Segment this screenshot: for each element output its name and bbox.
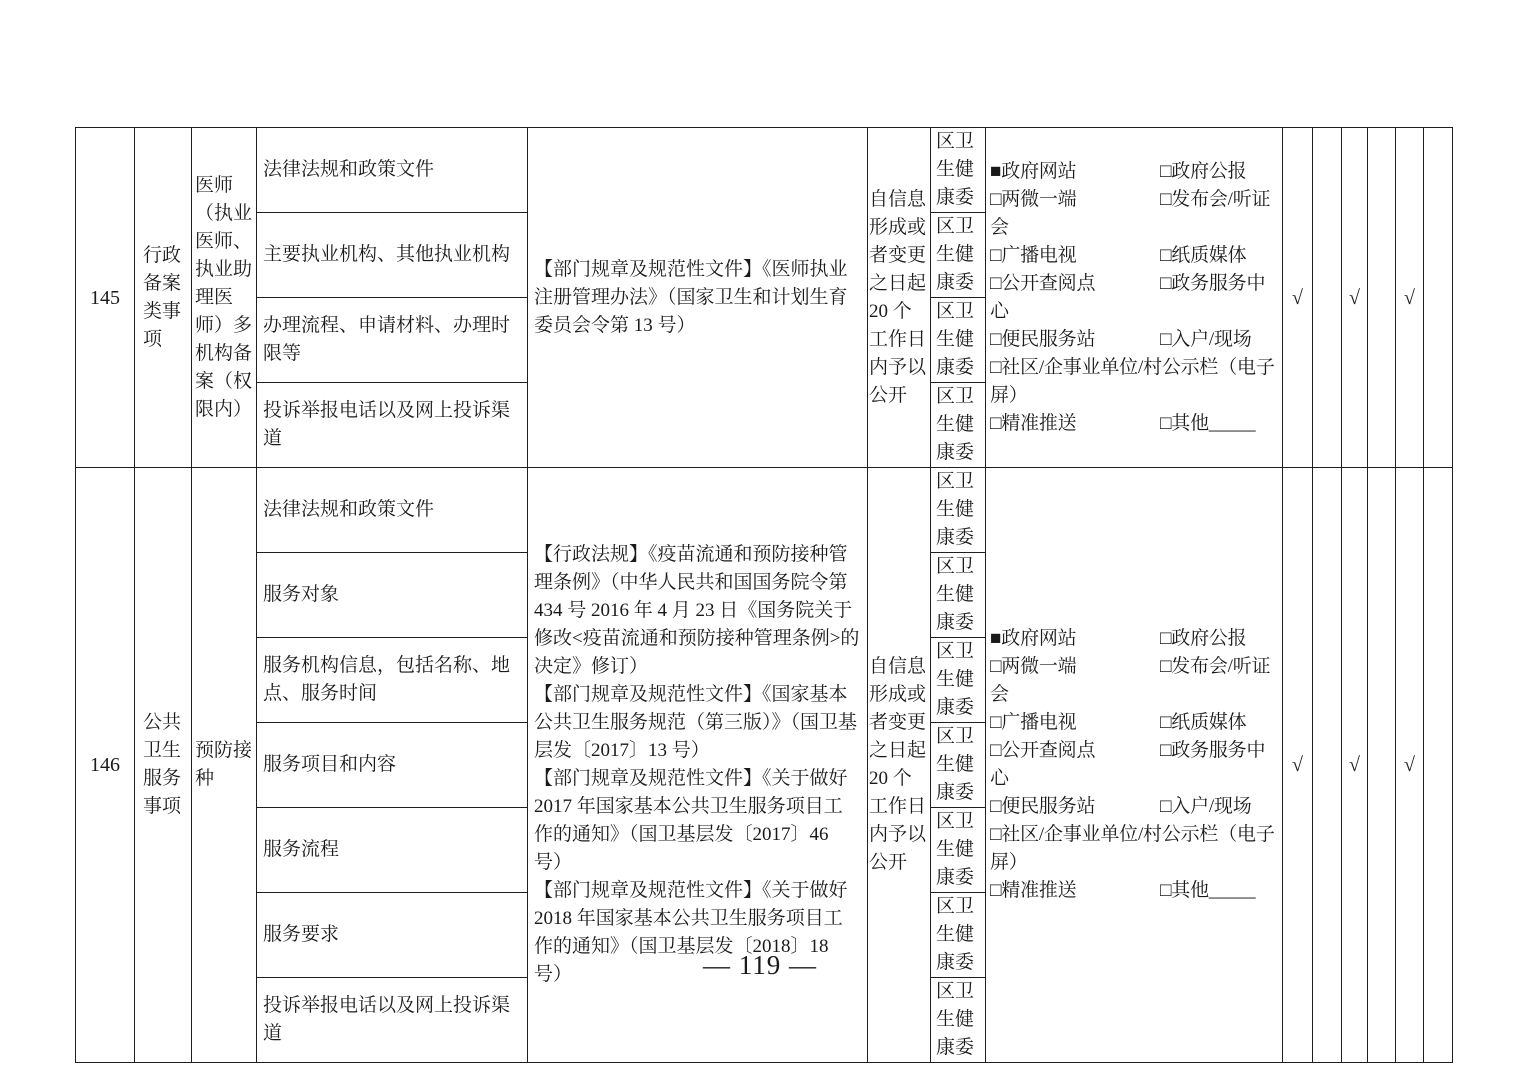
item-name-cell: 医师（执业医师、执业助理医师）多机构备案（权限内） xyxy=(192,128,257,468)
content-cell: 办理流程、申请材料、办理时限等 xyxy=(257,298,528,383)
dept-cell: 区卫生健康委 xyxy=(931,383,986,468)
channel-option: ■政府网站 xyxy=(990,625,1160,653)
channel-option: □精准推送 xyxy=(990,410,1160,438)
channel-option: □公开查阅点 xyxy=(990,270,1160,298)
document-page: 145行政备案类事项医师（执业医师、执业助理医师）多机构备案（权限内）法律法规和… xyxy=(0,0,1520,1074)
content-cell: 投诉举报电话以及网上投诉渠道 xyxy=(257,383,528,468)
channel-option: □精准推送 xyxy=(990,877,1160,905)
channel-line: □公开查阅点□政务服务中 xyxy=(990,270,1278,298)
channel-line: ■政府网站□政府公报 xyxy=(990,625,1278,653)
content-cell: 服务机构信息，包括名称、地点、服务时间 xyxy=(257,638,528,723)
channel-option: □发布会/听证 xyxy=(1160,653,1278,681)
channel-line: □两微一端□发布会/听证 xyxy=(990,186,1278,214)
dept-cell: 区卫生健康委 xyxy=(931,638,986,723)
channel-option: □发布会/听证 xyxy=(1160,186,1278,214)
dept-cell: 区卫生健康委 xyxy=(931,808,986,893)
dept-cell: 区卫生健康委 xyxy=(931,213,986,298)
check-mark-cell: √ xyxy=(1396,128,1424,468)
dept-cell: 区卫生健康委 xyxy=(931,468,986,553)
channel-option: 心 xyxy=(990,298,1278,326)
channel-option: □政务服务中 xyxy=(1160,270,1278,298)
content-cell: 投诉举报电话以及网上投诉渠道 xyxy=(257,978,528,1063)
check-mark-cell xyxy=(1368,128,1396,468)
channel-line: □精准推送□其他_____ xyxy=(990,410,1278,438)
content-cell: 服务对象 xyxy=(257,553,528,638)
legal-basis-paragraph: 【部门规章及规范性文件】《国家基本公共卫生服务规范（第三版）》（国卫基层发〔20… xyxy=(534,681,861,765)
channels-cell: ■政府网站□政府公报□两微一端□发布会/听证会□广播电视□纸质媒体□公开查阅点□… xyxy=(986,128,1283,468)
channel-line: 会 xyxy=(990,214,1278,242)
channel-line: □社区/企事业单位/村公示栏（电子 xyxy=(990,354,1278,382)
channel-line: □广播电视□纸质媒体 xyxy=(990,709,1278,737)
dept-cell: 区卫生健康委 xyxy=(931,128,986,213)
seq-cell: 145 xyxy=(76,128,135,468)
channel-option: 屏） xyxy=(990,382,1278,410)
channel-option: □社区/企事业单位/村公示栏（电子 xyxy=(990,354,1278,382)
channel-option: □两微一端 xyxy=(990,653,1160,681)
legal-basis-paragraph: 【部门规章及规范性文件】《关于做好 2017 年国家基本公共卫生服务项目工作的通… xyxy=(534,765,861,877)
matrix-table: 145行政备案类事项医师（执业医师、执业助理医师）多机构备案（权限内）法律法规和… xyxy=(75,127,1453,1063)
content-cell: 服务流程 xyxy=(257,808,528,893)
channel-line: □两微一端□发布会/听证 xyxy=(990,653,1278,681)
channel-option: ■政府网站 xyxy=(990,158,1160,186)
content-cell: 法律法规和政策文件 xyxy=(257,128,528,213)
content-cell: 主要执业机构、其他执业机构 xyxy=(257,213,528,298)
page-number: — 119 — xyxy=(0,950,1520,981)
table-wrap: 145行政备案类事项医师（执业医师、执业助理医师）多机构备案（权限内）法律法规和… xyxy=(75,127,1453,1063)
table-row: 146公共卫生服务事项预防接种法律法规和政策文件【行政法规】《疫苗流通和预防接种… xyxy=(76,468,1453,553)
channel-line: □便民服务站□入户/现场 xyxy=(990,793,1278,821)
channel-option: 屏） xyxy=(990,849,1278,877)
legal-basis-paragraph: 【部门规章及规范性文件】《医师执业注册管理办法》（国家卫生和计划生育委员会令第 … xyxy=(534,256,861,340)
channel-option: □广播电视 xyxy=(990,242,1160,270)
channel-option: 心 xyxy=(990,765,1278,793)
channel-line: 屏） xyxy=(990,849,1278,877)
channel-line: □广播电视□纸质媒体 xyxy=(990,242,1278,270)
channel-line: 心 xyxy=(990,765,1278,793)
check-mark-cell xyxy=(1313,128,1342,468)
category-cell: 行政备案类事项 xyxy=(135,128,192,468)
dept-cell: 区卫生健康委 xyxy=(931,298,986,383)
channel-option: □社区/企事业单位/村公示栏（电子 xyxy=(990,821,1278,849)
channel-line: □便民服务站□入户/现场 xyxy=(990,326,1278,354)
check-mark-cell: √ xyxy=(1342,128,1368,468)
channel-option: □政府公报 xyxy=(1160,625,1278,653)
dept-cell: 区卫生健康委 xyxy=(931,978,986,1063)
channel-line: □公开查阅点□政务服务中 xyxy=(990,737,1278,765)
channel-line: □社区/企事业单位/村公示栏（电子 xyxy=(990,821,1278,849)
channel-line: ■政府网站□政府公报 xyxy=(990,158,1278,186)
channel-option: □便民服务站 xyxy=(990,326,1160,354)
check-mark-cell xyxy=(1424,128,1453,468)
dept-cell: 区卫生健康委 xyxy=(931,553,986,638)
channel-option: □政府公报 xyxy=(1160,158,1278,186)
table-row: 145行政备案类事项医师（执业医师、执业助理医师）多机构备案（权限内）法律法规和… xyxy=(76,128,1453,213)
dept-cell: 区卫生健康委 xyxy=(931,723,986,808)
channel-line: □精准推送□其他_____ xyxy=(990,877,1278,905)
legal-basis-paragraph: 【行政法规】《疫苗流通和预防接种管理条例》（中华人民共和国国务院令第 434 号… xyxy=(534,541,861,681)
channel-option: □入户/现场 xyxy=(1160,326,1278,354)
content-cell: 服务项目和内容 xyxy=(257,723,528,808)
channel-option: □纸质媒体 xyxy=(1160,709,1278,737)
content-cell: 法律法规和政策文件 xyxy=(257,468,528,553)
channel-option: 会 xyxy=(990,214,1278,242)
channel-option: 会 xyxy=(990,681,1278,709)
table-body: 145行政备案类事项医师（执业医师、执业助理医师）多机构备案（权限内）法律法规和… xyxy=(76,128,1453,1063)
channel-option: □两微一端 xyxy=(990,186,1160,214)
channel-option: □其他_____ xyxy=(1160,877,1278,905)
legal-basis-cell: 【部门规章及规范性文件】《医师执业注册管理办法》（国家卫生和计划生育委员会令第 … xyxy=(528,128,868,468)
channel-line: 会 xyxy=(990,681,1278,709)
time-limit-cell: 自信息形成或者变更之日起 20 个工作日内予以公开 xyxy=(868,128,931,468)
channel-option: □入户/现场 xyxy=(1160,793,1278,821)
channel-option: □纸质媒体 xyxy=(1160,242,1278,270)
channel-line: 屏） xyxy=(990,382,1278,410)
channel-option: □公开查阅点 xyxy=(990,737,1160,765)
channel-option: □便民服务站 xyxy=(990,793,1160,821)
check-mark-cell: √ xyxy=(1283,128,1313,468)
channel-option: □政务服务中 xyxy=(1160,737,1278,765)
channel-option: □其他_____ xyxy=(1160,410,1278,438)
channel-line: 心 xyxy=(990,298,1278,326)
channel-option: □广播电视 xyxy=(990,709,1160,737)
